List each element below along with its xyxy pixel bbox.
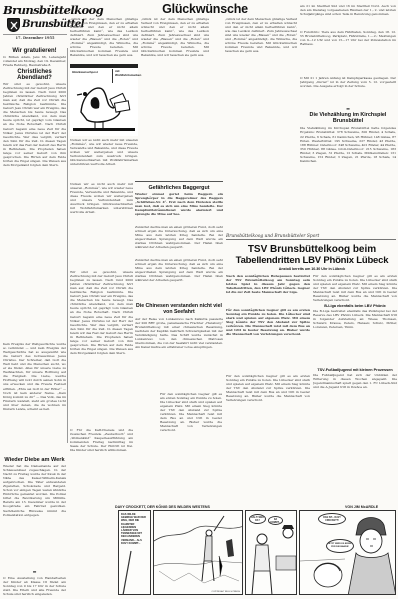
- masthead-title-line1: Brunsbüttelkoog: [3, 3, 67, 17]
- viehzaehlung-body: Die Viehzählung im Kirchspiel Brunsbütte…: [300, 126, 396, 221]
- coat-of-arms-icon: [7, 18, 20, 32]
- right-top-column: am 21 im Stadtteil Süd und 16 im Stadtte…: [300, 4, 396, 111]
- glueckwuensche-col2: „Glück ist der dem Menschen günstige Ver…: [141, 17, 209, 182]
- baggergut-lead: Wieder einmal geriet beim Baggern ein Sp…: [135, 192, 223, 225]
- ad-top-bar: [70, 64, 138, 68]
- sport-kicker: Brunsbüttelkoog und Brunsbütteler Sport: [226, 234, 396, 240]
- sport-lead: Nach den sonntäglichen Ruhepausen bestre…: [226, 274, 310, 307]
- ad-label-right: mit Wohlfahrtsmarken: [115, 70, 137, 77]
- panel4-bubble-1: DAS IST... DAVY CROCKETT!: [318, 513, 346, 525]
- copyright-note: COPYRIGHT BULLS PRESS: [211, 591, 240, 593]
- masthead: Brunsbüttelkoog Brunsbüttel 17. Dezember…: [3, 3, 67, 47]
- b-liga-body: Die B-Liga bestreitet ebenfalls das Punk…: [313, 309, 397, 365]
- sport-body-bold: Für den sonntäglichen Gegner gilt es am …: [226, 308, 310, 373]
- fundbuero-notice: O Fundbüro: Tiere aus dem Fährhafen, Son…: [300, 30, 396, 74]
- glueckwuensche-col3: Nutzen wir es nicht auch mehr mit unsere…: [70, 182, 133, 267]
- panel3-bubble-2: DA KOMMT...: [268, 516, 283, 525]
- diebe-title: Wieder Diebe am Werk: [3, 457, 66, 463]
- sport-subhead: Anstoß bereits um 10.30 Uhr in Lübeck: [226, 267, 398, 271]
- glueckwuensche-title: Glückwünsche: [150, 2, 260, 16]
- separator: ▬: [300, 106, 396, 111]
- column-divider: [67, 48, 68, 443]
- wohlfahrtsmarken-ad: Glückwunschpost mit Wohlfahrtsmarken: [70, 64, 138, 136]
- vortrag-notice: O Mit 21 1 Jahren Anfang ist Dampfsparka…: [300, 76, 396, 106]
- rifle-icon: [119, 511, 151, 595]
- comic-title: DAVY CROCKETT, DER KÖNIG DES WILDEN WEST…: [115, 505, 210, 509]
- chinesen-lead-in: Zunächst dachte man an einen größeren Fu…: [135, 258, 223, 300]
- comic-panel-1: DAS WILDE GEBIRGE WAR DER WEG, DER DIE D…: [118, 510, 151, 595]
- ausstellung-notice: O Eine Ausstellung von Handarbeiten der …: [3, 576, 66, 596]
- abendland-body: Wir sind es gewohnt, unsere Zeitrechnung…: [3, 82, 66, 342]
- baggergut-article: Gefährliches Baggergut Wieder einmal ger…: [135, 185, 223, 249]
- masthead-divider: [3, 34, 67, 35]
- davy-crockett-portrait: [300, 511, 396, 595]
- ad-label-left: Glückwunschpost: [72, 70, 98, 74]
- diebe-body: Wieder hat die Diebesbande auf der Schle…: [3, 464, 66, 569]
- comic-author: VON JIM McARDLE: [345, 505, 378, 509]
- sport-headline-line1: TSV Brunsbüttelkoog beim: [226, 244, 398, 255]
- center-right-col: „Glück ist der dem Menschen günstige Ver…: [225, 17, 297, 219]
- center-lower-col: Für den sonntäglichen Gegner gilt es am …: [160, 392, 222, 472]
- glueckwuensche-intro: „Glück ist der dem Menschen günstige Ver…: [70, 17, 138, 63]
- sport-col1: Nach den sonntäglichen Ruhepausen bestre…: [226, 274, 310, 454]
- dove-with-letters-icon: [73, 82, 135, 132]
- gratulation-title: Wir gratulieren!: [3, 48, 66, 54]
- fussballjugend-body: Die Fußballjugend hat sich der Unbilden …: [313, 373, 397, 463]
- kasperle-notice: O Für die Kaff-Chenele und die russische…: [70, 428, 133, 466]
- comic-panel-4: DAS IST... DAVY CROCKETT! JETZT WIRD ES …: [299, 510, 396, 595]
- viehzaehlung-title: Die Viehzählung im Kirchspiel Brunsbütte…: [300, 112, 396, 124]
- baggergut-body: Zunächst dachte man an einen größeren Fu…: [135, 225, 223, 249]
- left-column: Wir gratulieren! O. Birken Adam, Jens 66…: [3, 48, 66, 596]
- b-liga-title: B-Liga ebenfalls beim LBV Phönix: [313, 304, 397, 308]
- comic-panel-2: COPYRIGHT BULLS PRESS: [153, 510, 243, 595]
- sport-body: Für den sonntäglichen Gegner gilt es am …: [226, 374, 310, 454]
- baggergut-title: Gefährliches Baggergut: [135, 185, 223, 191]
- abendland-title: Christliches Abendland?: [3, 69, 66, 81]
- glueckwuensche-after-ad: Nutzen wir es nicht auch mehr mit unsere…: [70, 138, 138, 178]
- sport-headline-line2: Tabellendritten LBV Phönix Lübeck: [226, 255, 398, 266]
- fussballjugend-title: TSV-Fußballjugend mit kleinen Prozessen: [313, 368, 397, 372]
- panel3-bubble-1: HALT! WER DA?: [249, 514, 266, 524]
- gratulation-body: O. Birken Adam, Jens 66, Lebensjahr voll…: [3, 55, 66, 67]
- sport-col2-body: Für den sonntäglichen Gegner gilt es am …: [313, 274, 397, 302]
- frontier-landscape-illustration: [154, 511, 243, 595]
- right-top-body: am 21 im Stadtteil Süd und 16 im Stadtte…: [300, 4, 396, 28]
- section-divider: [135, 181, 223, 182]
- left-col-2-body: Wir sind es gewohnt, unsere Zeitrechnung…: [70, 270, 133, 420]
- sport-col2: Für den sonntäglichen Gegner gilt es am …: [313, 274, 397, 463]
- comic-panel-3: HALT! WER DA? DA KOMMT...: [245, 510, 297, 595]
- abendland-continued: Kein Ereignis der Weltgeschichte wurde s…: [3, 342, 66, 454]
- separator: ▬: [3, 569, 66, 574]
- issue-date: 17. Dezember 1955: [3, 36, 67, 40]
- ad-divider: [112, 69, 113, 83]
- panel4-bubble-2: JETZT WIRD ES ERNST FÜR DIE BANDE!: [326, 539, 354, 553]
- viehzaehlung-article: Die Viehzählung im Kirchspiel Brunsbütte…: [300, 112, 396, 221]
- chinesen-title: Die Chinesen verstanden nicht viel von S…: [135, 303, 223, 315]
